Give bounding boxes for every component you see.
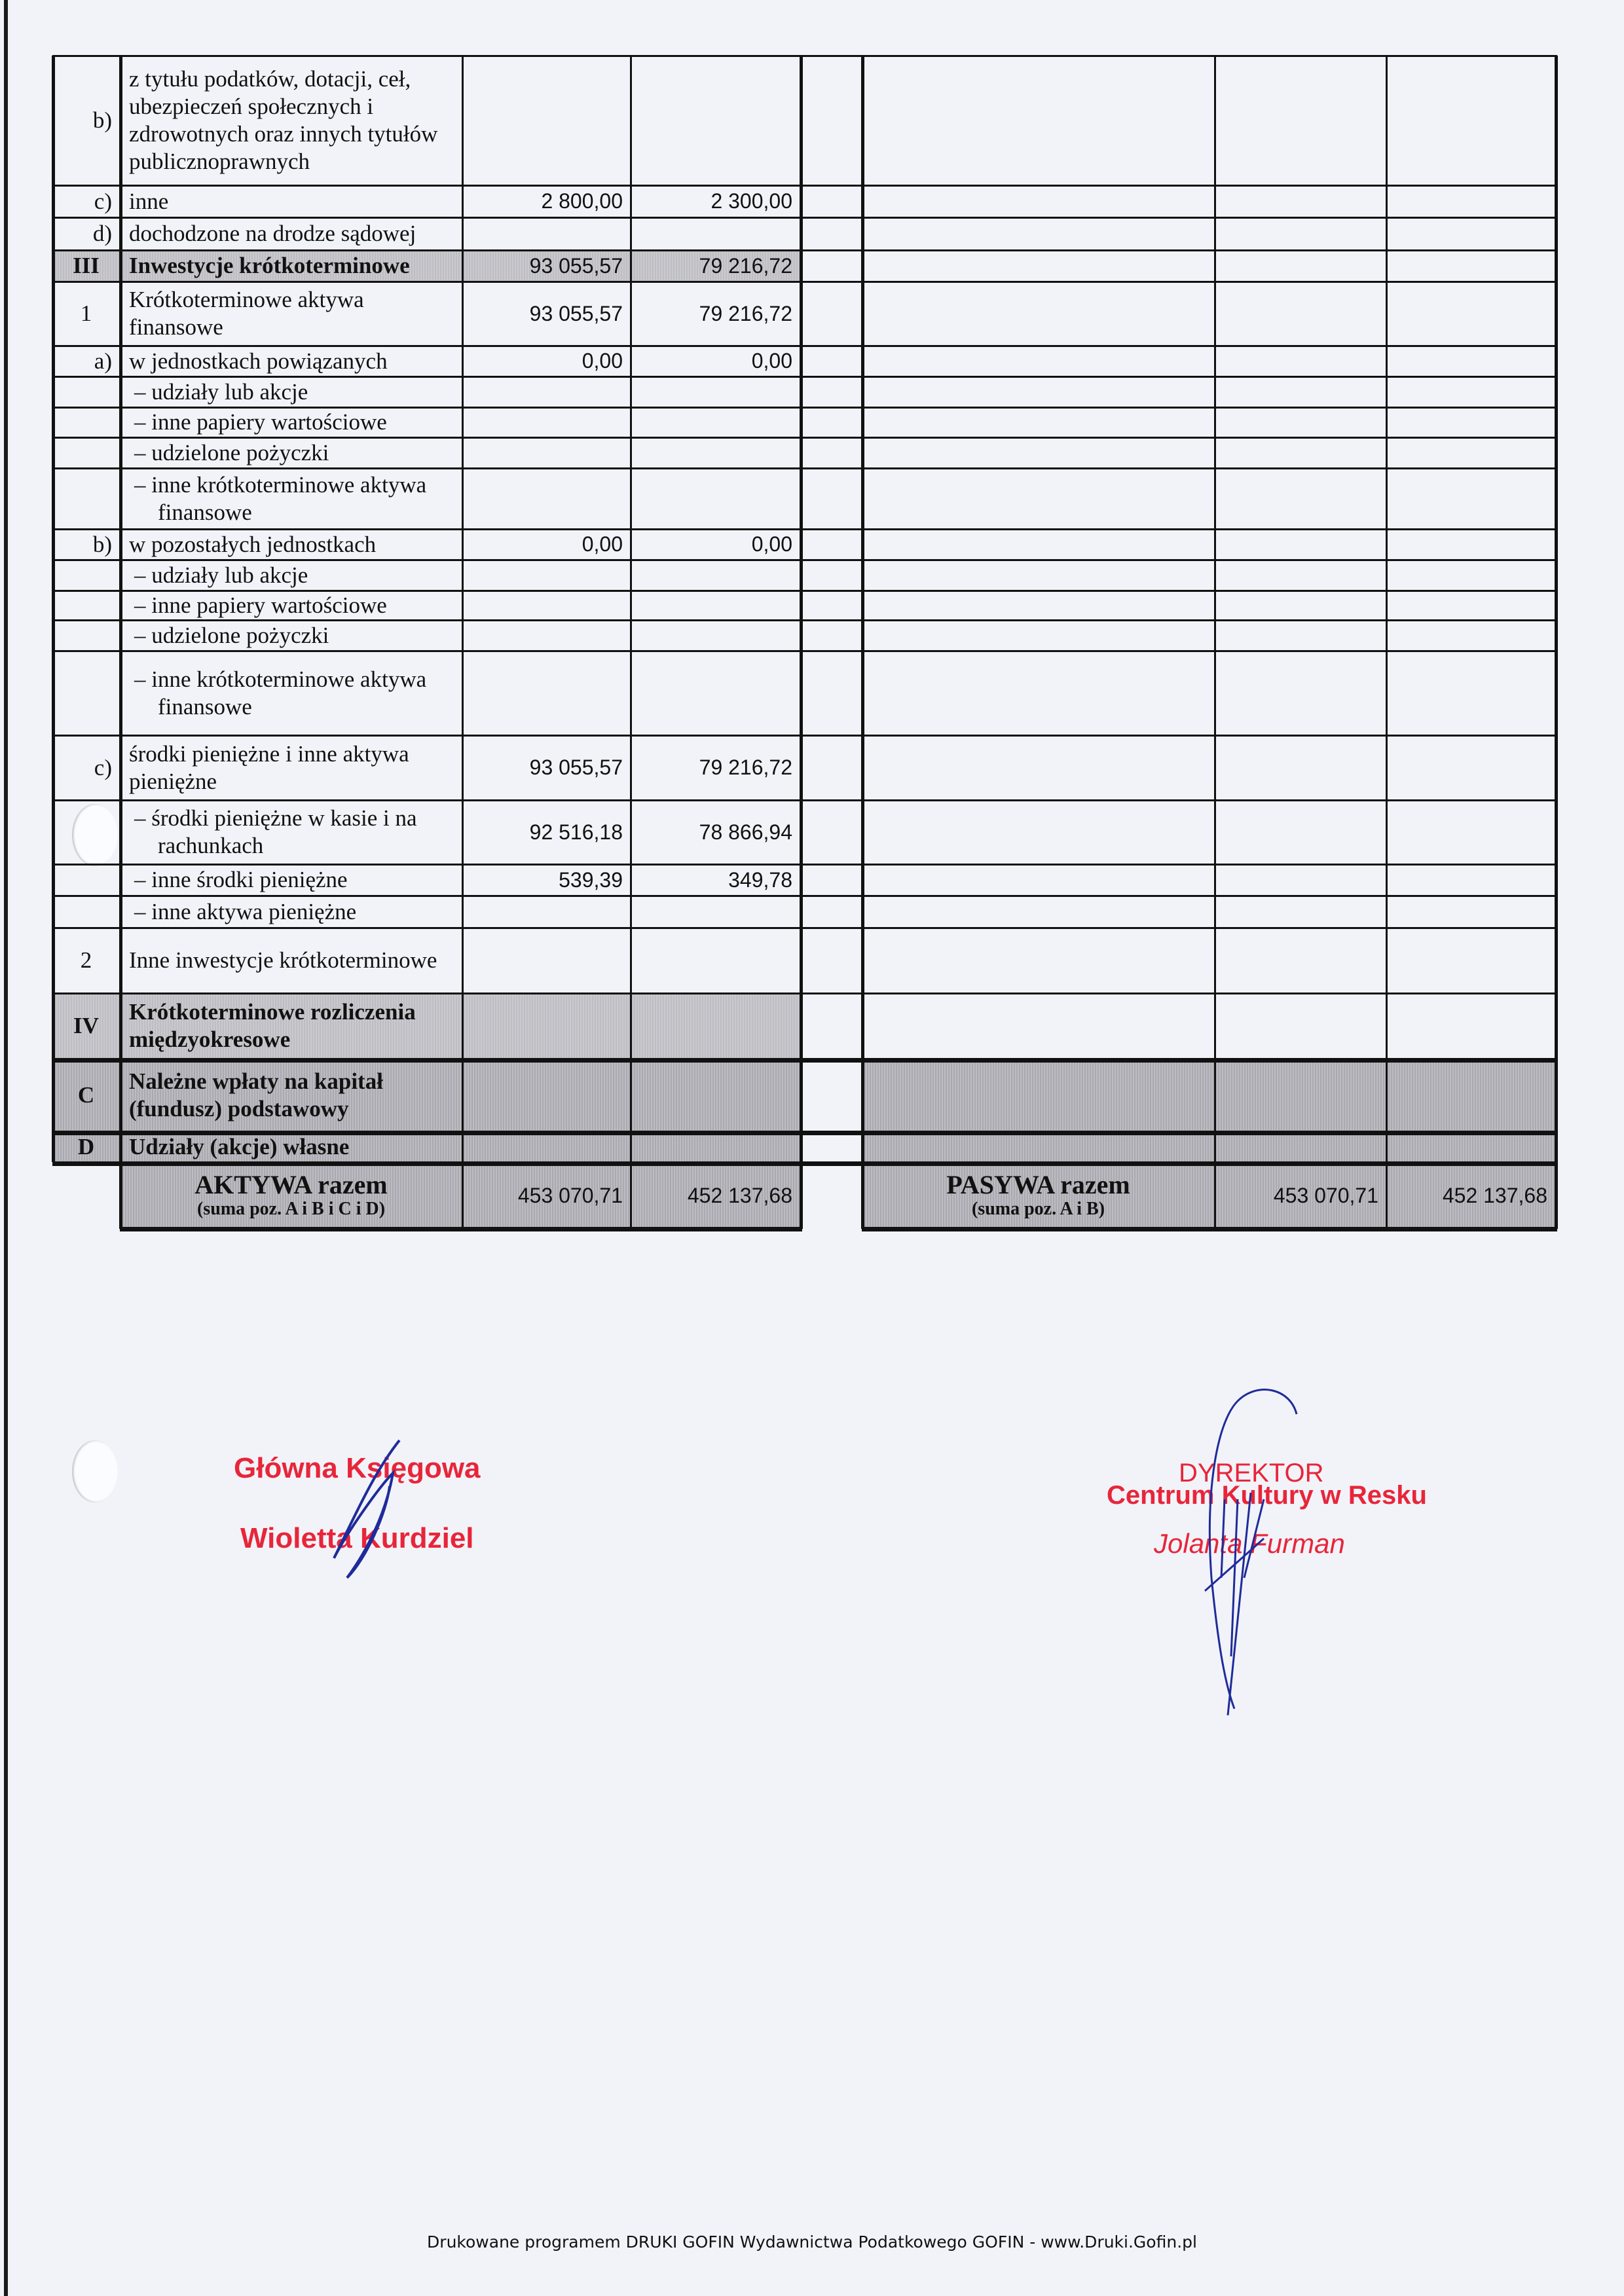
row-label: D bbox=[52, 1131, 120, 1162]
row-description-text: Inne inwestycje krótkoterminowe bbox=[129, 947, 437, 974]
table-row: – inne papiery wartościowe bbox=[0, 407, 1624, 437]
punch-hole bbox=[72, 1440, 118, 1503]
value-previous-year bbox=[462, 560, 631, 591]
value-current-year: 79 216,72 bbox=[631, 735, 800, 800]
table-row: d)dochodzone na drodze sądowej bbox=[0, 217, 1624, 250]
row-description-text: z tytułu podatków, dotacji, ceł, ubezpie… bbox=[129, 65, 457, 175]
value-previous-year: 2 800,00 bbox=[462, 185, 631, 217]
row-description-text: w jednostkach powiązanych bbox=[129, 348, 388, 375]
value-current-year bbox=[631, 1131, 800, 1162]
table-row: – środki pieniężne w kasie i na rachunka… bbox=[0, 800, 1624, 864]
row-description: w jednostkach powiązanych bbox=[120, 346, 462, 376]
value-previous-year bbox=[462, 1131, 631, 1162]
value-current-year bbox=[631, 376, 800, 407]
value-current-year bbox=[631, 407, 800, 437]
table-row: DUdziały (akcje) własne bbox=[0, 1131, 1624, 1162]
row-description-text: – inne papiery wartościowe bbox=[134, 409, 387, 436]
value-current-year bbox=[631, 993, 800, 1059]
table-row: 1Krótkoterminowe aktywa finansowe93 055,… bbox=[0, 282, 1624, 346]
row-label bbox=[52, 376, 120, 407]
table-row: CNależne wpłaty na kapitał (fundusz) pod… bbox=[0, 1059, 1624, 1131]
row-description: – udzielone pożyczki bbox=[120, 620, 462, 651]
value-previous-year: 93 055,57 bbox=[462, 282, 631, 346]
value-current-year bbox=[631, 591, 800, 620]
table-row: 2Inne inwestycje krótkoterminowe bbox=[0, 928, 1624, 993]
row-label: IV bbox=[52, 993, 120, 1059]
table-row: – inne krótkoterminowe aktywa finansowe bbox=[0, 651, 1624, 735]
row-description: Inwestycje krótkoterminowe bbox=[120, 250, 462, 282]
table-row: – inne aktywa pieniężne bbox=[0, 896, 1624, 928]
value-previous-year bbox=[462, 591, 631, 620]
value-current-year bbox=[631, 928, 800, 993]
row-description-text: – środki pieniężne w kasie i na rachunka… bbox=[134, 805, 457, 860]
value-previous-year bbox=[462, 437, 631, 468]
row-description-text: Krótkoterminowe aktywa finansowe bbox=[129, 286, 457, 341]
row-label bbox=[52, 864, 120, 896]
row-description-text: inne bbox=[129, 188, 168, 215]
table-row: IIIInwestycje krótkoterminowe93 055,5779… bbox=[0, 250, 1624, 282]
value-current-year: 2 300,00 bbox=[631, 185, 800, 217]
row-label: 2 bbox=[52, 928, 120, 993]
row-label bbox=[52, 560, 120, 591]
table-row: – udzielone pożyczki bbox=[0, 437, 1624, 468]
row-description-text: środki pieniężne i inne aktywa pieniężne bbox=[129, 740, 457, 795]
row-description: – inne papiery wartościowe bbox=[120, 407, 462, 437]
row-label: b) bbox=[52, 529, 120, 560]
row-description-text: dochodzone na drodze sądowej bbox=[129, 220, 416, 247]
value-current-year: 79 216,72 bbox=[631, 282, 800, 346]
value-current-year: 78 866,94 bbox=[631, 800, 800, 864]
value-previous-year bbox=[462, 620, 631, 651]
row-description: – inne krótkoterminowe aktywa finansowe bbox=[120, 651, 462, 735]
value-current-year bbox=[631, 651, 800, 735]
table-row: – udzielone pożyczki bbox=[0, 620, 1624, 651]
row-description-text: – inne papiery wartościowe bbox=[134, 592, 387, 619]
total-current-year: 452 137,68 bbox=[1386, 1162, 1555, 1229]
value-previous-year bbox=[462, 928, 631, 993]
value-previous-year: 93 055,57 bbox=[462, 250, 631, 282]
row-description: Krótkoterminowe rozliczenia międzyokreso… bbox=[120, 993, 462, 1059]
row-description: – udzielone pożyczki bbox=[120, 437, 462, 468]
value-previous-year bbox=[462, 896, 631, 928]
value-previous-year bbox=[462, 376, 631, 407]
row-description-text: – inne aktywa pieniężne bbox=[134, 898, 356, 926]
table-row: IVKrótkoterminowe rozliczenia międzyokre… bbox=[0, 993, 1624, 1059]
row-description: – inne papiery wartościowe bbox=[120, 591, 462, 620]
value-current-year: 79 216,72 bbox=[631, 250, 800, 282]
value-previous-year bbox=[462, 407, 631, 437]
value-previous-year: 0,00 bbox=[462, 346, 631, 376]
value-current-year bbox=[631, 217, 800, 250]
handwritten-signature bbox=[308, 1434, 413, 1584]
row-description: z tytułu podatków, dotacji, ceł, ubezpie… bbox=[120, 56, 462, 185]
row-label bbox=[52, 468, 120, 529]
row-description-text: Inwestycje krótkoterminowe bbox=[129, 252, 410, 280]
footer-printed-by: Drukowane programem DRUKI GOFIN Wydawnic… bbox=[0, 2232, 1624, 2251]
total-previous-year: 453 070,71 bbox=[1215, 1162, 1386, 1229]
value-current-year: 0,00 bbox=[631, 529, 800, 560]
value-previous-year: 93 055,57 bbox=[462, 735, 631, 800]
value-previous-year: 0,00 bbox=[462, 529, 631, 560]
row-description-text: – udziały lub akcje bbox=[134, 378, 308, 406]
row-description: – udziały lub akcje bbox=[120, 376, 462, 407]
table-row: – inne krótkoterminowe aktywa finansowe bbox=[0, 468, 1624, 529]
row-description: Udziały (akcje) własne bbox=[120, 1131, 462, 1162]
total-subtitle: (suma poz. A i B) bbox=[972, 1199, 1105, 1220]
table-row: b)z tytułu podatków, dotacji, ceł, ubezp… bbox=[0, 56, 1624, 185]
table-row: – udziały lub akcje bbox=[0, 376, 1624, 407]
table-row: – udziały lub akcje bbox=[0, 560, 1624, 591]
pasywa-total-row: PASYWA razem(suma poz. A i B)453 070,714… bbox=[0, 1162, 1624, 1229]
value-previous-year bbox=[462, 468, 631, 529]
row-label: b) bbox=[52, 56, 120, 185]
row-label bbox=[52, 407, 120, 437]
row-description: – udziały lub akcje bbox=[120, 560, 462, 591]
table-row: – inne papiery wartościowe bbox=[0, 591, 1624, 620]
value-current-year: 0,00 bbox=[631, 346, 800, 376]
value-current-year bbox=[631, 896, 800, 928]
row-description: – inne krótkoterminowe aktywa finansowe bbox=[120, 468, 462, 529]
table-row: c)inne2 800,002 300,00 bbox=[0, 185, 1624, 217]
row-description-text: – udziały lub akcje bbox=[134, 562, 308, 589]
row-label: III bbox=[52, 250, 120, 282]
row-description: Należne wpłaty na kapitał (fundusz) pods… bbox=[120, 1059, 462, 1131]
row-description: Inne inwestycje krótkoterminowe bbox=[120, 928, 462, 993]
value-previous-year: 92 516,18 bbox=[462, 800, 631, 864]
row-description-text: – inne środki pieniężne bbox=[134, 866, 348, 894]
row-label: 1 bbox=[52, 282, 120, 346]
row-label: a) bbox=[52, 346, 120, 376]
value-previous-year bbox=[462, 993, 631, 1059]
row-label: C bbox=[52, 1059, 120, 1131]
value-previous-year bbox=[462, 217, 631, 250]
row-description-text: Krótkoterminowe rozliczenia międzyokreso… bbox=[129, 998, 457, 1053]
value-previous-year bbox=[462, 1059, 631, 1131]
row-label bbox=[52, 896, 120, 928]
row-description-text: – udzielone pożyczki bbox=[134, 439, 329, 467]
row-description: – inne środki pieniężne bbox=[120, 864, 462, 896]
value-current-year bbox=[631, 620, 800, 651]
row-description: dochodzone na drodze sądowej bbox=[120, 217, 462, 250]
table-row: b)w pozostałych jednostkach0,000,00 bbox=[0, 529, 1624, 560]
table-row: – inne środki pieniężne539,39349,78 bbox=[0, 864, 1624, 896]
table-row: a)w jednostkach powiązanych0,000,00 bbox=[0, 346, 1624, 376]
row-description: w pozostałych jednostkach bbox=[120, 529, 462, 560]
row-label: c) bbox=[52, 735, 120, 800]
value-current-year: 349,78 bbox=[631, 864, 800, 896]
row-description: inne bbox=[120, 185, 462, 217]
row-label bbox=[52, 651, 120, 735]
row-description-text: – inne krótkoterminowe aktywa finansowe bbox=[134, 471, 457, 526]
table-row: c)środki pieniężne i inne aktywa pienięż… bbox=[0, 735, 1624, 800]
row-label bbox=[52, 620, 120, 651]
row-description: – środki pieniężne w kasie i na rachunka… bbox=[120, 800, 462, 864]
row-description-text: Udziały (akcje) własne bbox=[129, 1133, 349, 1161]
value-current-year bbox=[631, 1059, 800, 1131]
value-current-year bbox=[631, 56, 800, 185]
row-description-text: Należne wpłaty na kapitał (fundusz) pods… bbox=[129, 1068, 457, 1123]
handwritten-signature bbox=[1179, 1381, 1310, 1722]
row-label: d) bbox=[52, 217, 120, 250]
row-label: c) bbox=[52, 185, 120, 217]
total-title: PASYWA razem bbox=[946, 1171, 1130, 1199]
row-label bbox=[52, 800, 120, 864]
value-previous-year bbox=[462, 651, 631, 735]
value-current-year bbox=[631, 437, 800, 468]
row-description: Krótkoterminowe aktywa finansowe bbox=[120, 282, 462, 346]
row-description: – inne aktywa pieniężne bbox=[120, 896, 462, 928]
value-previous-year bbox=[462, 56, 631, 185]
row-label bbox=[52, 591, 120, 620]
value-previous-year: 539,39 bbox=[462, 864, 631, 896]
row-description-text: – inne krótkoterminowe aktywa finansowe bbox=[134, 666, 457, 721]
row-label bbox=[52, 437, 120, 468]
row-description: środki pieniężne i inne aktywa pieniężne bbox=[120, 735, 462, 800]
total-label: PASYWA razem(suma poz. A i B) bbox=[862, 1162, 1215, 1229]
value-current-year bbox=[631, 468, 800, 529]
value-current-year bbox=[631, 560, 800, 591]
row-description-text: w pozostałych jednostkach bbox=[129, 531, 376, 558]
row-description-text: – udzielone pożyczki bbox=[134, 622, 329, 649]
